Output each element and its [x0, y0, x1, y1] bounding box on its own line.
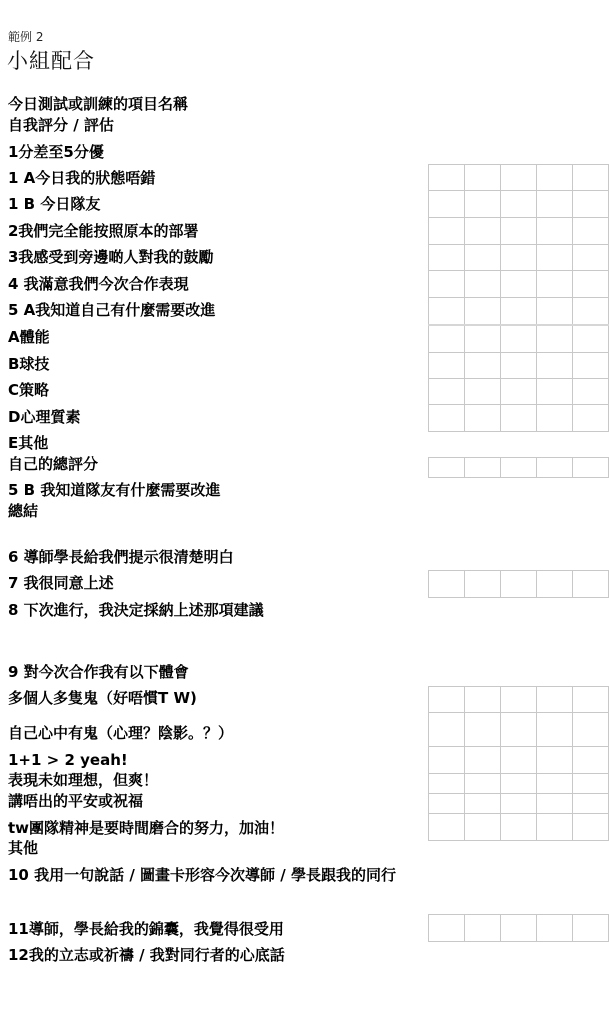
total-score-grid: [428, 457, 609, 478]
score-cell-1[interactable]: [429, 405, 465, 432]
score-cell-4[interactable]: [537, 298, 573, 326]
score-cell-4[interactable]: [537, 687, 573, 713]
score-cell-1[interactable]: [429, 794, 465, 814]
score-cell-5[interactable]: [573, 298, 609, 326]
score-cell-3[interactable]: [501, 298, 537, 326]
question-line: D心理質素: [8, 408, 80, 426]
question-line: 5 A我知道自己有什麼需要改進: [8, 301, 215, 319]
score-cell-5[interactable]: [573, 191, 609, 218]
score-cell-4[interactable]: [537, 245, 573, 271]
score-cell-1[interactable]: [429, 298, 465, 326]
score-cell-2[interactable]: [465, 794, 501, 814]
score-cell-5[interactable]: [573, 713, 609, 747]
question-line: 8 下次進行，我決定採納上述那項建議: [8, 601, 264, 619]
score-cell-4[interactable]: [537, 814, 573, 841]
grid-row: [429, 571, 609, 598]
advice-useful-grid: [428, 914, 609, 942]
grid-row: [429, 271, 609, 298]
score-cell-5[interactable]: [573, 814, 609, 841]
score-cell-1[interactable]: [429, 271, 465, 298]
score-cell-5[interactable]: [573, 218, 609, 245]
self-evaluation-grid: [428, 164, 609, 432]
score-cell-1[interactable]: [429, 165, 465, 191]
score-cell-3[interactable]: [501, 271, 537, 298]
score-cell-2[interactable]: [465, 774, 501, 794]
question-line: 1+1 > 2 yeah!: [8, 751, 128, 769]
score-cell-3[interactable]: [501, 325, 537, 353]
score-cell-2[interactable]: [465, 191, 501, 218]
score-cell-2[interactable]: [465, 245, 501, 271]
question-line: E其他: [8, 434, 48, 452]
score-cell-3[interactable]: [501, 458, 537, 478]
question-line: 10 我用一句說話 / 圖畫卡形容今次導師 / 學長跟我的同行: [8, 866, 396, 884]
score-cell-5[interactable]: [573, 794, 609, 814]
score-cell-4[interactable]: [537, 794, 573, 814]
score-cell-3[interactable]: [501, 915, 537, 942]
grid-row: [429, 687, 609, 713]
agree-grid: [428, 570, 609, 598]
question-line: 11導師，學長給我的錦囊，我覺得很受用: [8, 920, 284, 938]
score-cell-2[interactable]: [465, 218, 501, 245]
grid-row: [429, 353, 609, 379]
score-cell-5[interactable]: [573, 271, 609, 298]
question-line: 1分差至5分優: [8, 143, 104, 161]
question-line: 6 導師學長給我們提示很清楚明白: [8, 548, 234, 566]
score-cell-2[interactable]: [465, 379, 501, 405]
grid-row: [429, 915, 609, 942]
score-cell-4[interactable]: [537, 713, 573, 747]
question-line: 自己心中有鬼（心理？陰影。？）: [8, 724, 233, 742]
score-cell-1[interactable]: [429, 814, 465, 841]
score-cell-2[interactable]: [465, 747, 501, 774]
score-cell-5[interactable]: [573, 687, 609, 713]
score-cell-2[interactable]: [465, 713, 501, 747]
score-cell-5[interactable]: [573, 245, 609, 271]
grid-row: [429, 165, 609, 191]
score-cell-1[interactable]: [429, 191, 465, 218]
page-subtitle: 範例 2: [8, 30, 43, 44]
score-cell-2[interactable]: [465, 353, 501, 379]
score-cell-2[interactable]: [465, 571, 501, 598]
score-cell-1[interactable]: [429, 353, 465, 379]
score-cell-4[interactable]: [537, 915, 573, 942]
grid-row: [429, 774, 609, 794]
score-cell-4[interactable]: [537, 747, 573, 774]
score-cell-3[interactable]: [501, 814, 537, 841]
score-cell-1[interactable]: [429, 571, 465, 598]
score-cell-1[interactable]: [429, 713, 465, 747]
grid-row: [429, 747, 609, 774]
score-cell-1[interactable]: [429, 747, 465, 774]
score-cell-1[interactable]: [429, 218, 465, 245]
score-cell-2[interactable]: [465, 405, 501, 432]
score-cell-2[interactable]: [465, 458, 501, 478]
score-cell-2[interactable]: [465, 165, 501, 191]
question-line: B球技: [8, 355, 49, 373]
score-cell-5[interactable]: [573, 325, 609, 353]
grid-row: [429, 191, 609, 218]
score-cell-1[interactable]: [429, 458, 465, 478]
score-cell-4[interactable]: [537, 458, 573, 478]
score-cell-1[interactable]: [429, 379, 465, 405]
grid-row: [429, 325, 609, 353]
score-cell-1[interactable]: [429, 687, 465, 713]
score-cell-3[interactable]: [501, 218, 537, 245]
question-line: 自己的總評分: [8, 455, 98, 473]
score-cell-3[interactable]: [501, 774, 537, 794]
score-cell-5[interactable]: [573, 379, 609, 405]
grid-row: [429, 794, 609, 814]
score-cell-3[interactable]: [501, 794, 537, 814]
grid-row: [429, 245, 609, 271]
question-line: 12我的立志或祈禱 / 我對同行者的心底話: [8, 946, 285, 964]
grid-row: [429, 218, 609, 245]
score-cell-4[interactable]: [537, 271, 573, 298]
score-cell-4[interactable]: [537, 191, 573, 218]
score-cell-5[interactable]: [573, 915, 609, 942]
score-cell-2[interactable]: [465, 915, 501, 942]
question-line: A體能: [8, 328, 50, 346]
score-cell-1[interactable]: [429, 774, 465, 794]
score-cell-4[interactable]: [537, 218, 573, 245]
question-line: 2我們完全能按照原本的部署: [8, 222, 198, 240]
score-cell-3[interactable]: [501, 405, 537, 432]
question-line: 7 我很同意上述: [8, 574, 114, 592]
question-line: 9 對今次合作我有以下體會: [8, 663, 189, 681]
score-cell-2[interactable]: [465, 325, 501, 353]
question-line: 其他: [8, 839, 38, 857]
grid-row: [429, 298, 609, 326]
score-cell-4[interactable]: [537, 325, 573, 353]
score-cell-1[interactable]: [429, 245, 465, 271]
question-line: 自我評分 / 評估: [8, 116, 114, 134]
score-cell-2[interactable]: [465, 687, 501, 713]
score-cell-3[interactable]: [501, 353, 537, 379]
question-line: 講唔出的平安或祝福: [8, 792, 143, 810]
grid-row: [429, 458, 609, 478]
score-cell-4[interactable]: [537, 774, 573, 794]
score-cell-2[interactable]: [465, 271, 501, 298]
question-line: 1 B 今日隊友: [8, 195, 100, 213]
question-line: tw團隊精神是要時間磨合的努力，加油！: [8, 819, 284, 837]
score-cell-3[interactable]: [501, 571, 537, 598]
score-cell-5[interactable]: [573, 774, 609, 794]
score-cell-2[interactable]: [465, 298, 501, 326]
score-cell-3[interactable]: [501, 379, 537, 405]
score-cell-2[interactable]: [465, 814, 501, 841]
question-line: 表現未如理想，但爽！: [8, 771, 158, 789]
score-cell-4[interactable]: [537, 353, 573, 379]
question-line: 總結: [8, 502, 38, 520]
question-line: 多個人多隻鬼（好唔慣T W): [8, 689, 197, 707]
question-line: 5 B 我知道隊友有什麼需要改進: [8, 481, 220, 499]
score-cell-4[interactable]: [537, 165, 573, 191]
score-cell-4[interactable]: [537, 379, 573, 405]
page-title: 小組配合: [7, 48, 95, 74]
score-cell-3[interactable]: [501, 165, 537, 191]
score-cell-4[interactable]: [537, 571, 573, 598]
score-cell-5[interactable]: [573, 571, 609, 598]
grid-row: [429, 405, 609, 432]
question-line: C策略: [8, 381, 49, 399]
score-cell-3[interactable]: [501, 687, 537, 713]
score-cell-5[interactable]: [573, 353, 609, 379]
score-cell-5[interactable]: [573, 747, 609, 774]
question-line: 4 我滿意我們今次合作表現: [8, 275, 189, 293]
score-cell-3[interactable]: [501, 191, 537, 218]
experience-grid: [428, 686, 609, 841]
question-line: 3我感受到旁邊啲人對我的鼓勵: [8, 248, 213, 266]
question-line: 今日測試或訓練的項目名稱: [8, 95, 188, 113]
score-cell-5[interactable]: [573, 165, 609, 191]
grid-row: [429, 713, 609, 747]
grid-row: [429, 379, 609, 405]
grid-row: [429, 814, 609, 841]
score-cell-1[interactable]: [429, 325, 465, 353]
score-cell-3[interactable]: [501, 713, 537, 747]
score-cell-3[interactable]: [501, 747, 537, 774]
score-cell-1[interactable]: [429, 915, 465, 942]
score-cell-3[interactable]: [501, 245, 537, 271]
score-cell-5[interactable]: [573, 458, 609, 478]
score-cell-4[interactable]: [537, 405, 573, 432]
score-cell-5[interactable]: [573, 405, 609, 432]
question-line: 1 A今日我的狀態唔錯: [8, 169, 155, 187]
